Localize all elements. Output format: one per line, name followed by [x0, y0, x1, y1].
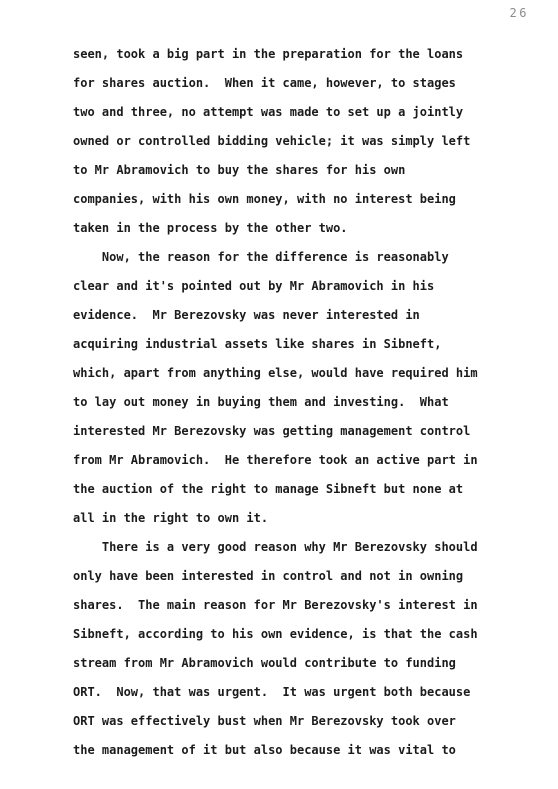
- page-number: 26: [510, 6, 529, 20]
- text-line: evidence. Mr Berezovsky was never intere…: [73, 301, 543, 330]
- text-line: to Mr Abramovich to buy the shares for h…: [73, 156, 543, 185]
- text-line: shares. The main reason for Mr Berezovsk…: [73, 591, 543, 620]
- text-line: the auction of the right to manage Sibne…: [73, 475, 543, 504]
- text-line: ORT was effectively bust when Mr Berezov…: [73, 707, 543, 736]
- text-line: Sibneft, according to his own evidence, …: [73, 620, 543, 649]
- text-line: acquiring industrial assets like shares …: [73, 330, 543, 359]
- text-line: owned or controlled bidding vehicle; it …: [73, 127, 543, 156]
- text-line: There is a very good reason why Mr Berez…: [73, 533, 543, 562]
- text-line: which, apart from anything else, would h…: [73, 359, 543, 388]
- text-line: taken in the process by the other two.: [73, 214, 543, 243]
- text-line: interested Mr Berezovsky was getting man…: [73, 417, 543, 446]
- text-line: ORT. Now, that was urgent. It was urgent…: [73, 678, 543, 707]
- text-line: Now, the reason for the difference is re…: [73, 243, 543, 272]
- text-line: stream from Mr Abramovich would contribu…: [73, 649, 543, 678]
- text-line: two and three, no attempt was made to se…: [73, 98, 543, 127]
- text-line: seen, took a big part in the preparation…: [73, 40, 543, 69]
- text-line: to lay out money in buying them and inve…: [73, 388, 543, 417]
- text-line: only have been interested in control and…: [73, 562, 543, 591]
- document-page: 26 seen, took a big part in the preparat…: [0, 0, 558, 789]
- document-body: seen, took a big part in the preparation…: [73, 40, 543, 765]
- text-line: clear and it's pointed out by Mr Abramov…: [73, 272, 543, 301]
- text-line: from Mr Abramovich. He therefore took an…: [73, 446, 543, 475]
- text-line: for shares auction. When it came, howeve…: [73, 69, 543, 98]
- text-line: all in the right to own it.: [73, 504, 543, 533]
- text-line: the management of it but also because it…: [73, 736, 543, 765]
- text-line: companies, with his own money, with no i…: [73, 185, 543, 214]
